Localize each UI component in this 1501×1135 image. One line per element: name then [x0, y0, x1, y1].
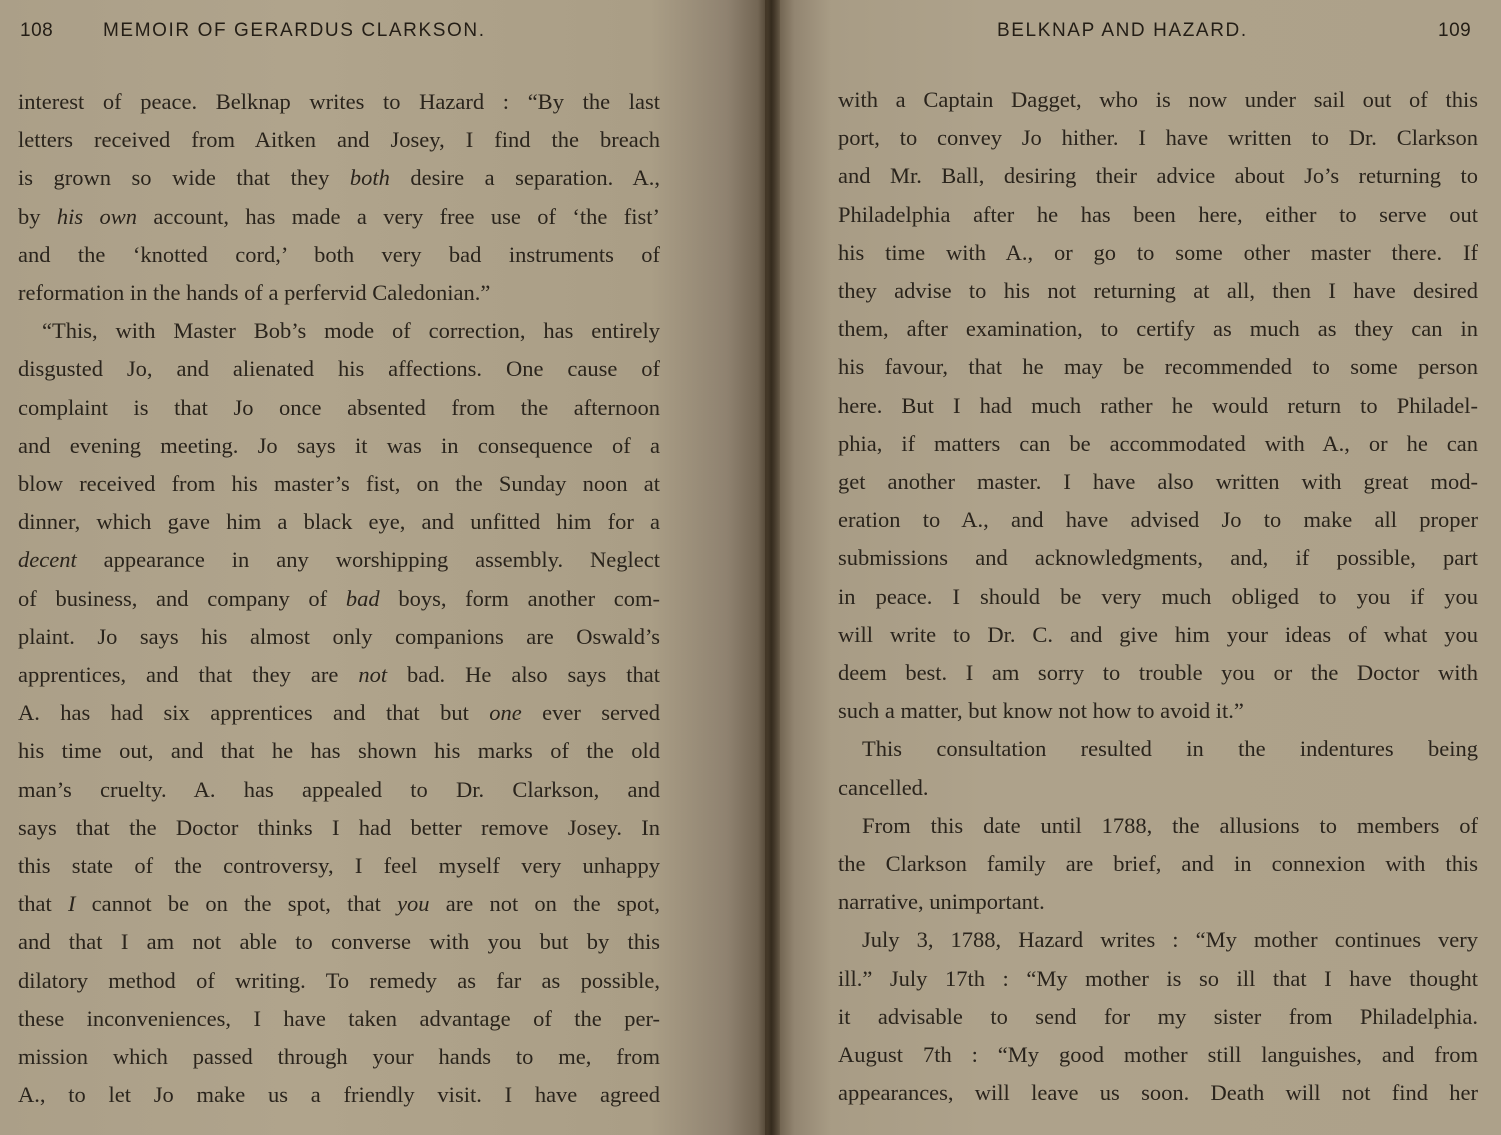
text-line: ill.” July 17th : “My mother is so ill t… [838, 964, 1478, 994]
text-line: mission which passed through your hands … [18, 1042, 660, 1072]
text-line: interest of peace. Belknap writes to Haz… [18, 87, 660, 117]
text-line: blow received from his master’s fist, on… [18, 469, 660, 499]
emphasis: decent [18, 547, 77, 572]
text-line: August 7th : “My good mother still langu… [838, 1040, 1478, 1070]
text-line: port, to convey Jo hither. I have writte… [838, 123, 1478, 153]
text-line: submissions and acknowledgments, and, if… [838, 543, 1478, 573]
emphasis: his own [57, 204, 137, 229]
text-line: says that the Doctor thinks I had better… [18, 813, 660, 843]
emphasis: not [358, 662, 387, 687]
text-line: narrative, unimportant. [838, 887, 1478, 917]
text-line: the Clarkson family are brief, and in co… [838, 849, 1478, 879]
text-line: This consultation resulted in the indent… [838, 734, 1478, 764]
emphasis: both [350, 165, 390, 190]
text-line: is grown so wide that they both desire a… [18, 163, 660, 193]
text-line: by his own account, has made a very free… [18, 202, 660, 232]
text-line: apprentices, and that they are not bad. … [18, 660, 660, 690]
text-line: them, after examination, to certify as m… [838, 314, 1478, 344]
left-running-head: MEMOIR OF GERARDUS CLARKSON. [103, 20, 486, 48]
text-line: get another master. I have also written … [838, 467, 1478, 497]
text-line: it advisable to send for my sister from … [838, 1002, 1478, 1032]
text-line: this state of the controversy, I feel my… [18, 851, 660, 881]
emphasis: one [489, 700, 522, 725]
right-running-head: BELKNAP AND HAZARD. [997, 20, 1248, 48]
text-line: and Mr. Ball, desiring their advice abou… [838, 161, 1478, 191]
text-line: A. has had six apprentices and that but … [18, 698, 660, 728]
text-line: dinner, which gave him a black eye, and … [18, 507, 660, 537]
emphasis: I [68, 891, 76, 916]
text-line: these inconveniences, I have taken advan… [18, 1004, 660, 1034]
text-line: will write to Dr. C. and give him your i… [838, 620, 1478, 650]
emphasis: you [397, 891, 430, 916]
book-spread: 108 MEMOIR OF GERARDUS CLARKSON. interes… [0, 0, 1501, 1135]
text-line: with a Captain Dagget, who is now under … [838, 85, 1478, 115]
text-line: they advise to his not returning at all,… [838, 276, 1478, 306]
text-line: A., to let Jo make us a friendly visit. … [18, 1080, 660, 1110]
text-line: and the ‘knotted cord,’ both very bad in… [18, 240, 660, 270]
text-line: deem best. I am sorry to trouble you or … [838, 658, 1478, 688]
text-line: phia, if matters can be accommodated wit… [838, 429, 1478, 459]
text-line: that I cannot be on the spot, that you a… [18, 889, 660, 919]
text-line: and evening meeting. Jo says it was in c… [18, 431, 660, 461]
left-page: 108 MEMOIR OF GERARDUS CLARKSON. interes… [0, 0, 765, 1135]
text-line: July 3, 1788, Hazard writes : “My mother… [838, 925, 1478, 955]
text-line: his time with A., or go to some other ma… [838, 238, 1478, 268]
text-line: plaint. Jo says his almost only companio… [18, 622, 660, 652]
text-line: man’s cruelty. A. has appealed to Dr. Cl… [18, 775, 660, 805]
text-line: decent appearance in any worshipping ass… [18, 545, 660, 575]
text-line: of business, and company of bad boys, fo… [18, 584, 660, 614]
text-line: reformation in the hands of a perfervid … [18, 278, 660, 308]
text-line: “This, with Master Bob’s mode of correct… [18, 316, 660, 346]
text-line: in peace. I should be very much obliged … [838, 582, 1478, 612]
text-line: such a matter, but know not how to avoid… [838, 696, 1478, 726]
text-line: dilatory method of writing. To remedy as… [18, 966, 660, 996]
text-line: his favour, that he may be recommended t… [838, 352, 1478, 382]
text-line: From this date until 1788, the allusions… [838, 811, 1478, 841]
text-line: here. But I had much rather he would ret… [838, 391, 1478, 421]
text-line: his time out, and that he has shown his … [18, 736, 660, 766]
text-line: disgusted Jo, and alienated his affectio… [18, 354, 660, 384]
text-line: Philadelphia after he has been here, eit… [838, 200, 1478, 230]
text-line: cancelled. [838, 773, 1478, 803]
right-page: BELKNAP AND HAZARD. 109 with a Captain D… [765, 0, 1501, 1135]
text-line: complaint is that Jo once absented from … [18, 393, 660, 423]
left-page-number: 108 [20, 20, 53, 48]
text-line: letters received from Aitken and Josey, … [18, 125, 660, 155]
text-line: eration to A., and have advised Jo to ma… [838, 505, 1478, 535]
book-gutter [758, 0, 780, 1135]
text-line: and that I am not able to converse with … [18, 927, 660, 957]
text-line: appearances, will leave us soon. Death w… [838, 1078, 1478, 1108]
emphasis: bad [346, 586, 380, 611]
right-page-number: 109 [1438, 20, 1471, 48]
